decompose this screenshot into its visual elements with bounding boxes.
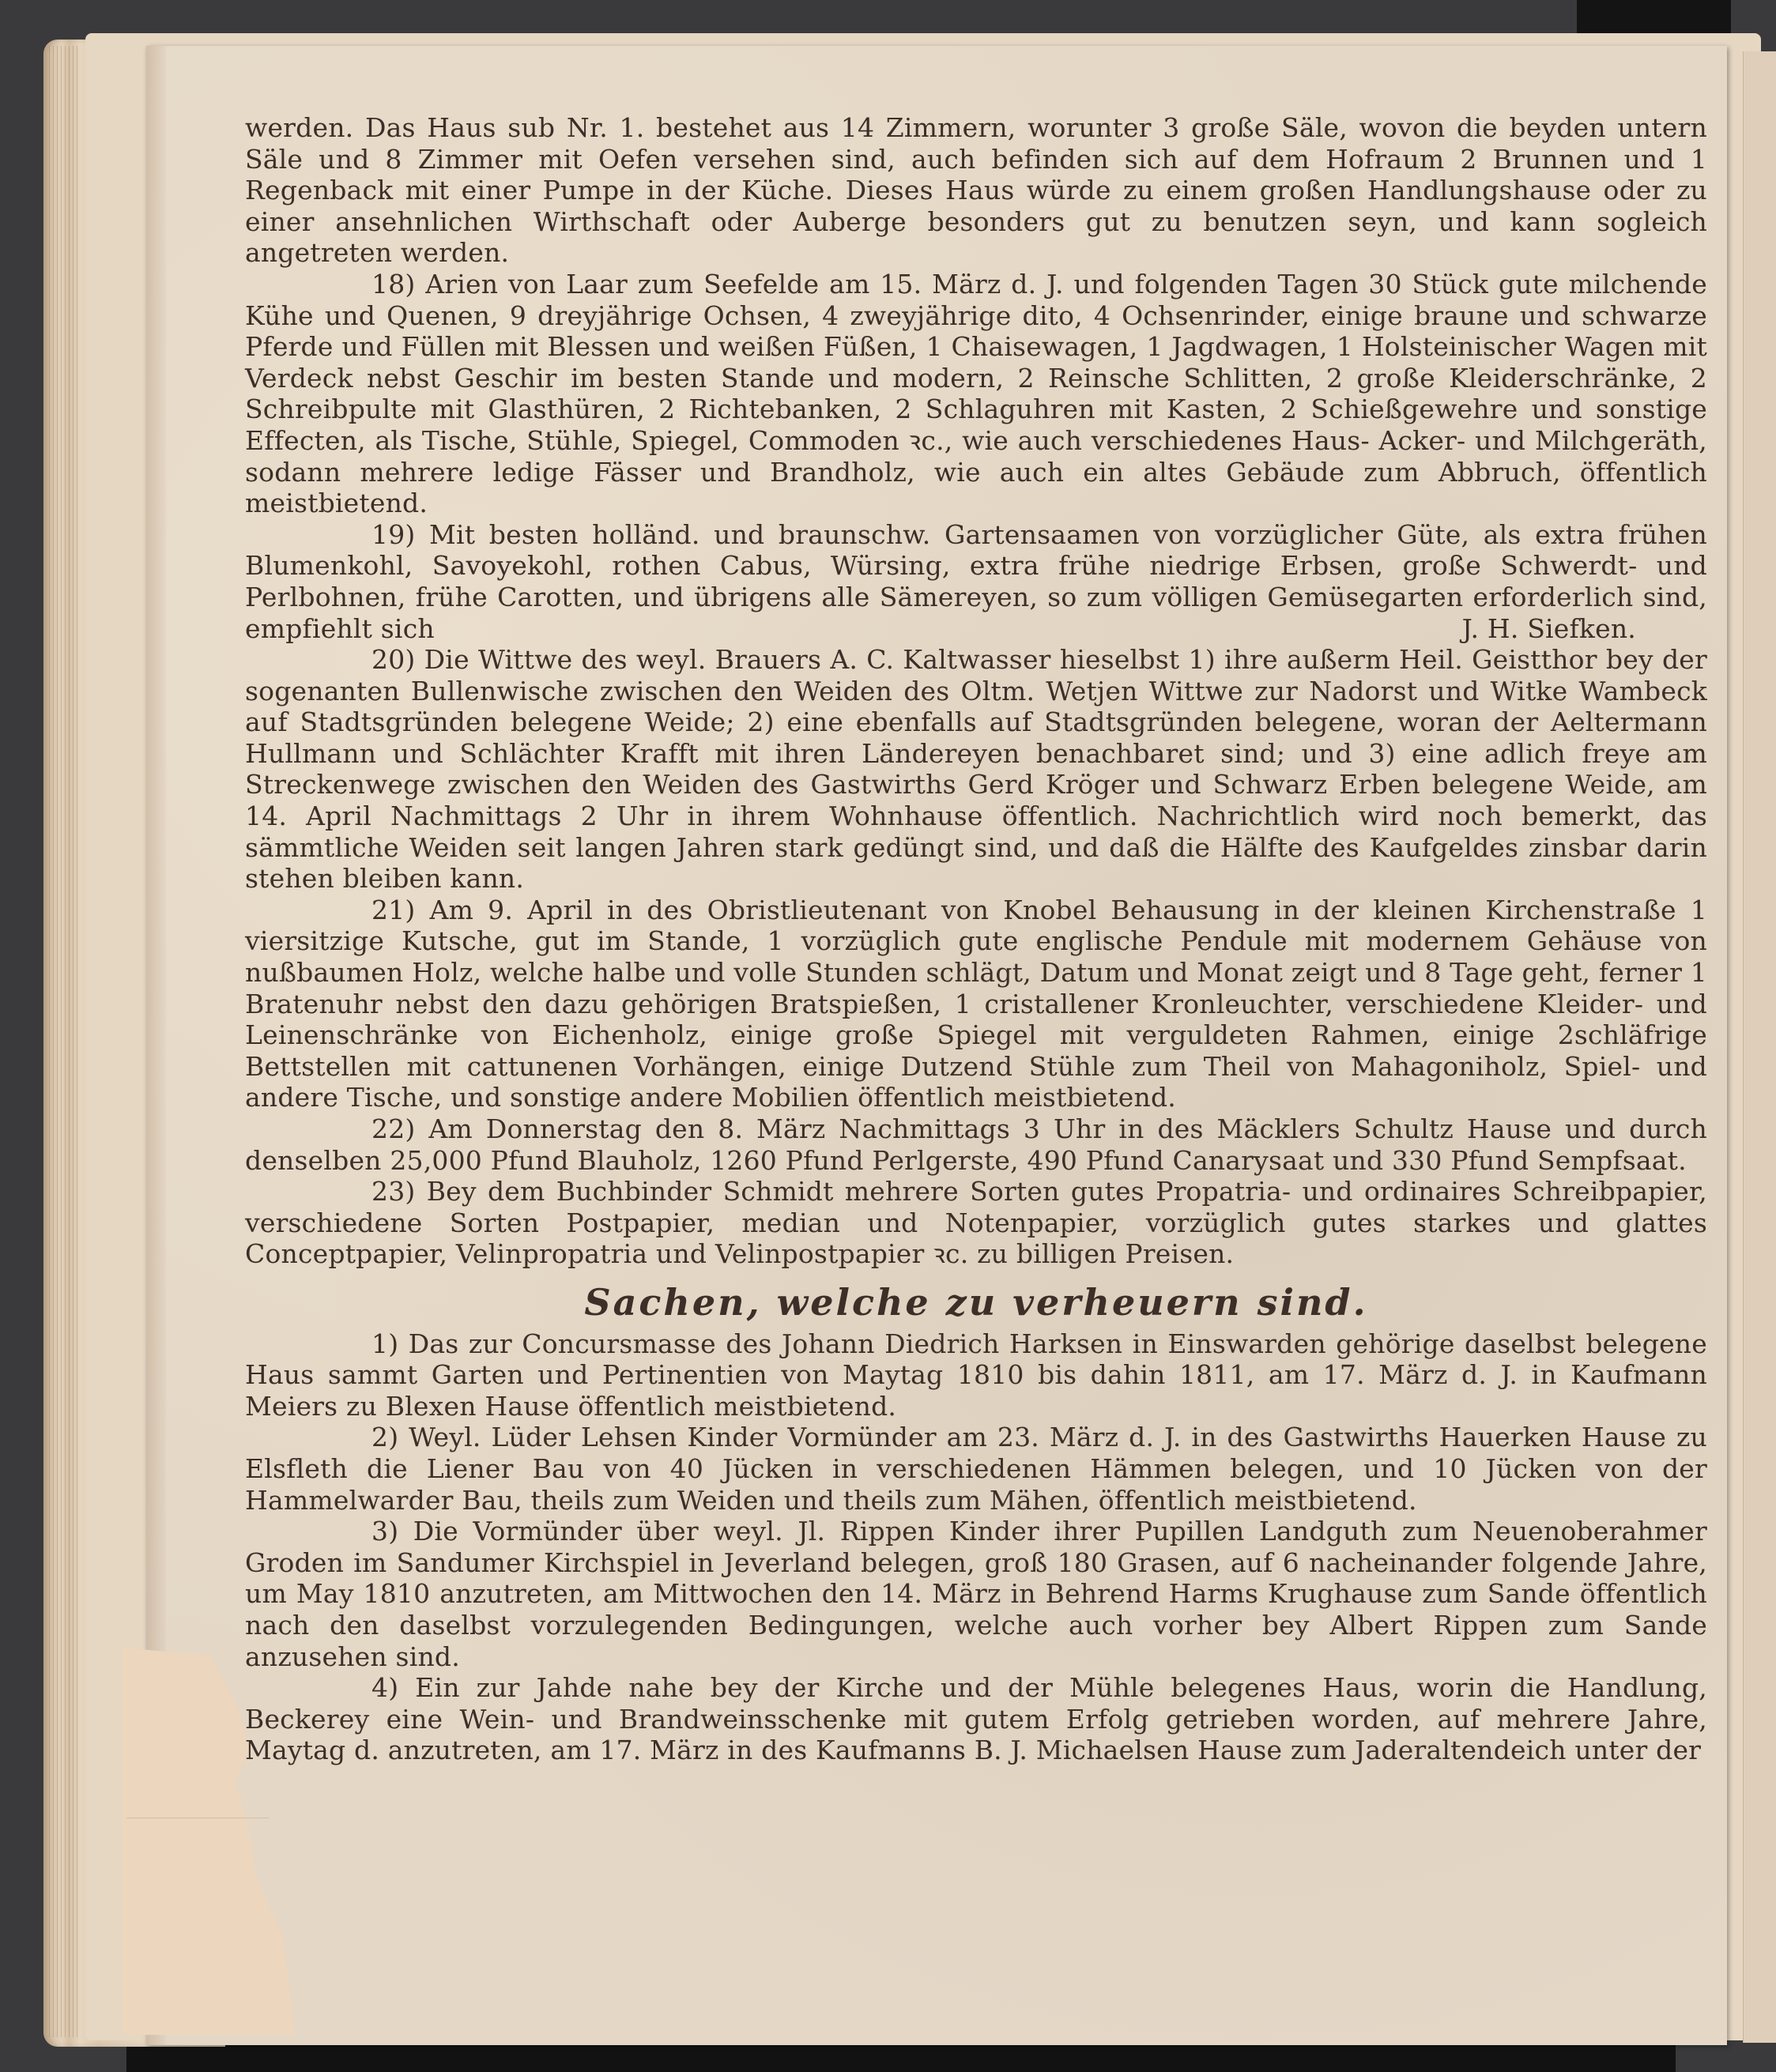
notice-19-signature: J. H. Siefken. [245, 613, 1707, 645]
notice-20: 20) Die Wittwe des weyl. Brauers A. C. K… [245, 644, 1707, 895]
page-stack-lines [49, 46, 81, 2037]
rental-notice-3: 3) Die Vormünder über weyl. Jl. Rippen K… [245, 1516, 1707, 1672]
rental-notice-1: 1) Das zur Concursmasse des Johann Diedr… [245, 1328, 1707, 1422]
notice-22: 22) Am Donnerstag den 8. März Nachmittag… [245, 1113, 1707, 1176]
rental-notice-2: 2) Weyl. Lüder Lehsen Kinder Vormünder a… [245, 1422, 1707, 1516]
right-page-fold [1743, 51, 1776, 2043]
rental-notice-4: 4) Ein zur Jahde nahe bey der Kirche und… [245, 1672, 1707, 1766]
scan-backdrop-dark-strip-bottom [126, 2043, 1676, 2072]
section-heading: Sachen, welche zu verheuern sind. [245, 1287, 1707, 1319]
page-text: werden. Das Haus sub Nr. 1. bestehet aus… [245, 112, 1707, 1766]
notice-18: 18) Arien von Laar zum Seefelde am 15. M… [245, 269, 1707, 519]
notice-23: 23) Bey dem Buchbinder Schmidt mehrere S… [245, 1176, 1707, 1270]
continuation-paragraph: werden. Das Haus sub Nr. 1. bestehet aus… [245, 112, 1707, 269]
notice-21: 21) Am 9. April in des Obristlieutenant … [245, 895, 1707, 1113]
repair-crease [126, 1818, 269, 1818]
